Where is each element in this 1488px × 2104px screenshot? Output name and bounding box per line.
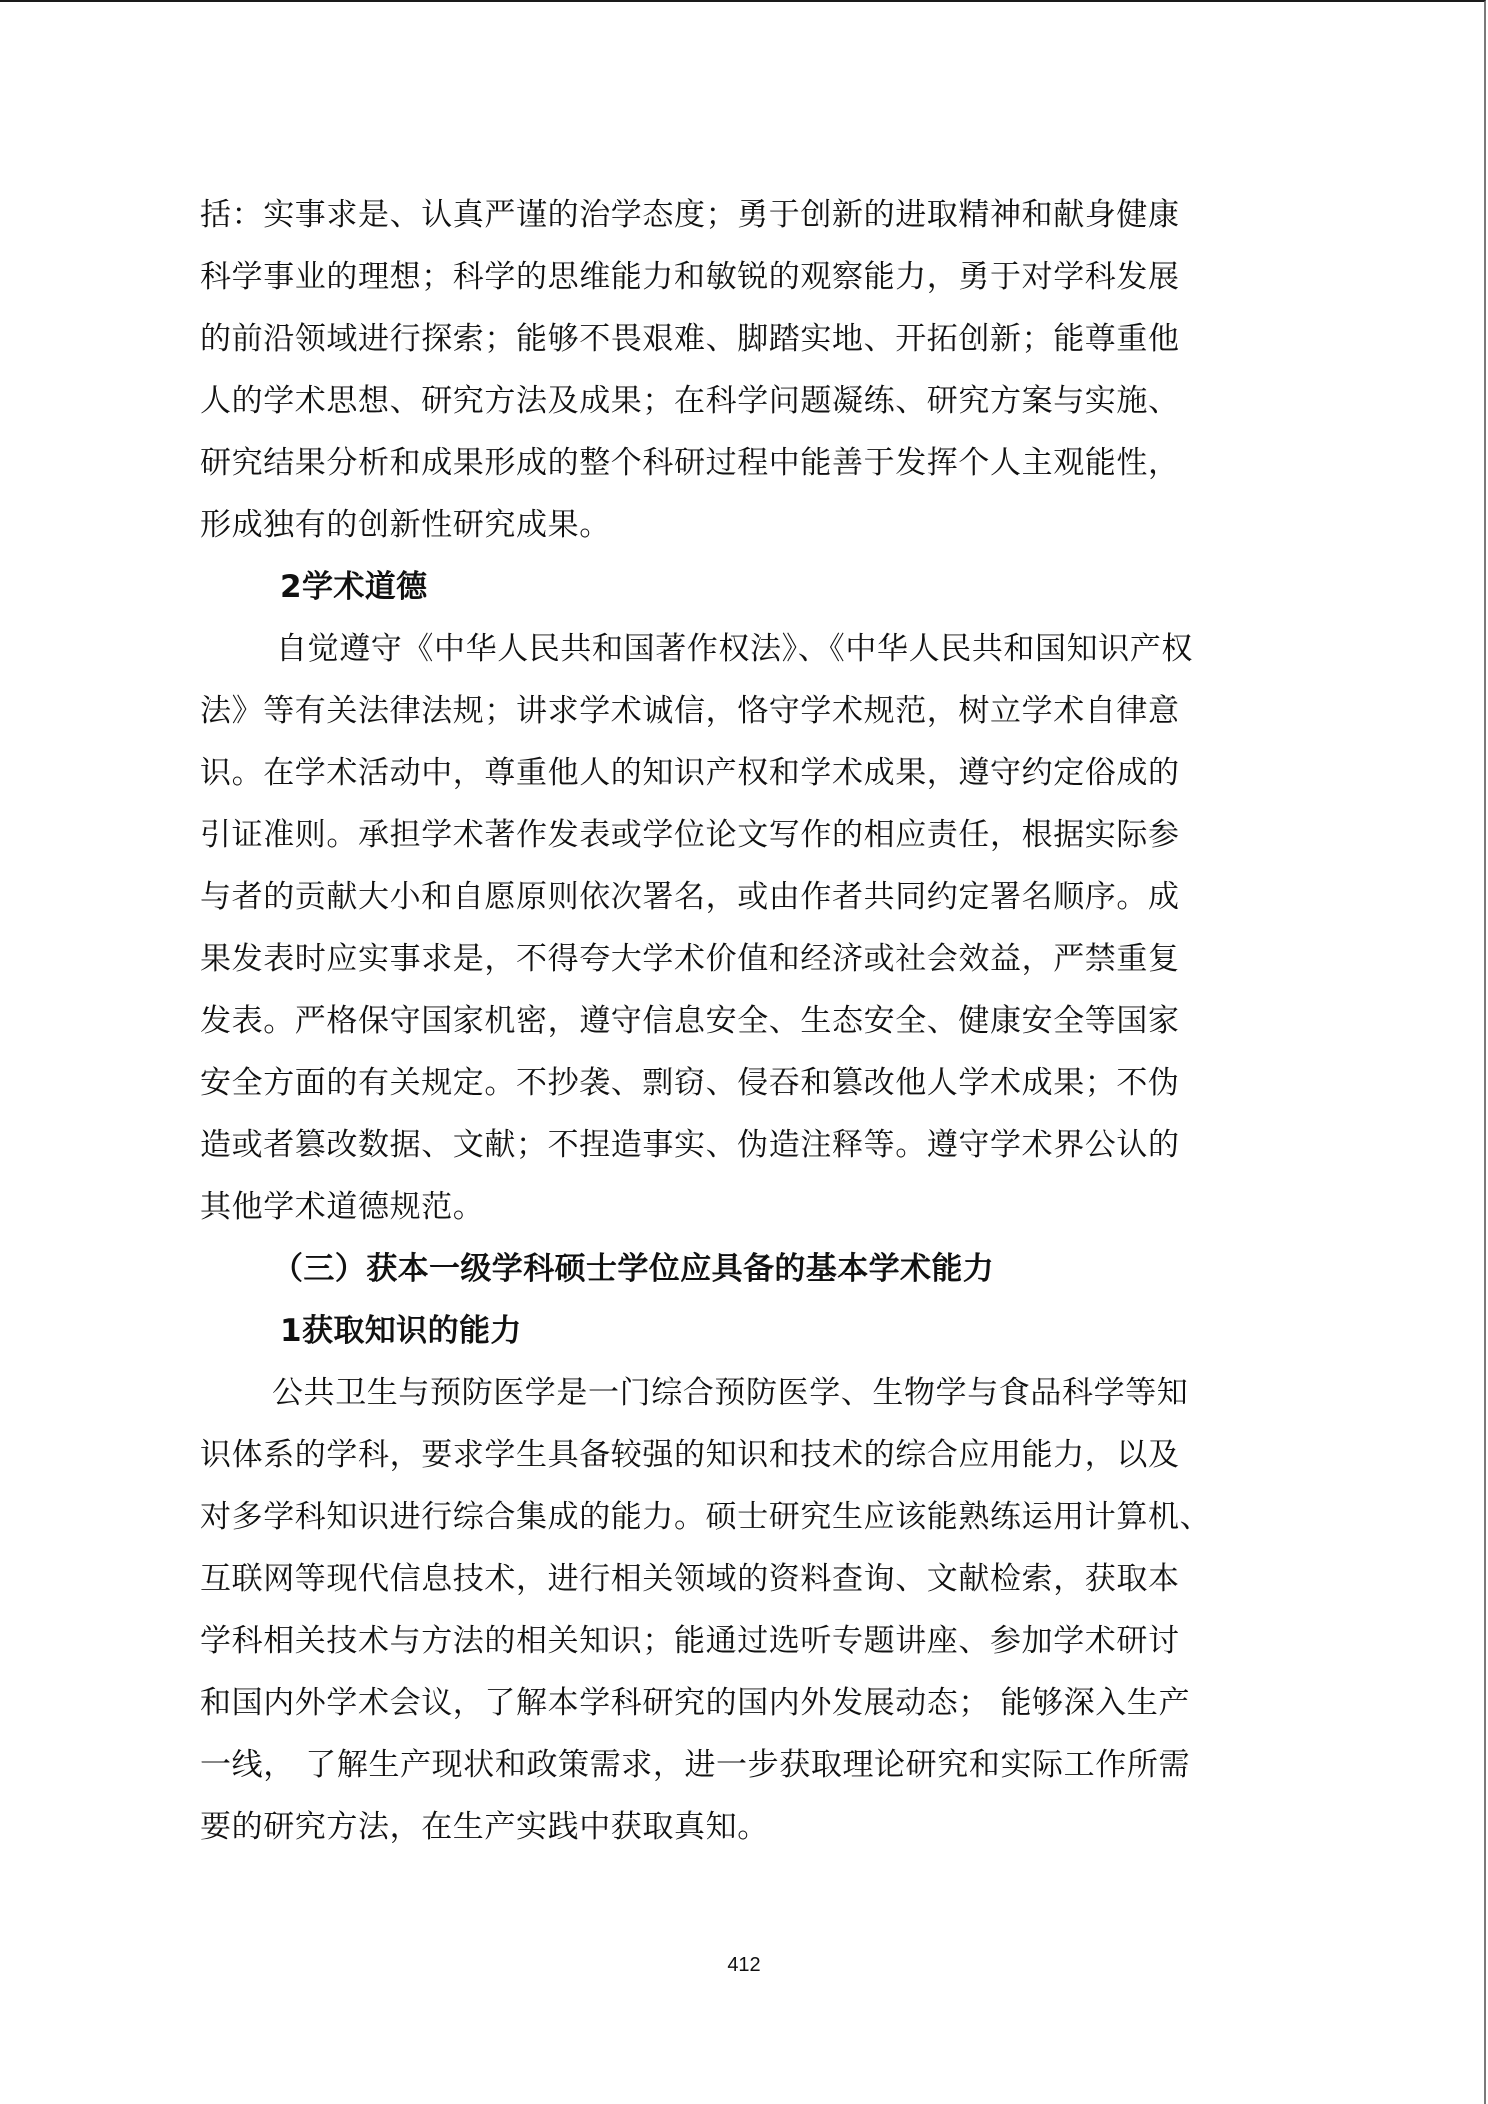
text-line: 果发表时应实事求是，不得夸大学术价值和经济或社会效益，严禁重复 — [200, 928, 1300, 990]
text-line: 安全方面的有关规定。不抄袭、剽窃、侵吞和篡改他人学术成果；不伪 — [200, 1052, 1300, 1114]
text-line: 对多学科知识进行综合集成的能力。硕士研究生应该能熟练运用计算机、 — [200, 1486, 1300, 1548]
page-number: 412 — [0, 1954, 1488, 1977]
text-line: 造或者篡改数据、文献；不捏造事实、伪造注释等。遵守学术界公认的 — [200, 1114, 1300, 1176]
text-line: 其他学术道德规范。 — [200, 1176, 1300, 1238]
text-line: 互联网等现代信息技术，进行相关领域的资料查询、文献检索，获取本 — [200, 1548, 1300, 1610]
text-line: 要的研究方法，在生产实践中获取真知。 — [200, 1796, 1300, 1858]
text-line: 识体系的学科，要求学生具备较强的知识和技术的综合应用能力，以及 — [200, 1424, 1300, 1486]
paragraph-academic-ethics: 自觉遵守《中华人民共和国著作权法》、《中华人民共和国知识产权 法》等有关法律法规… — [200, 618, 1300, 1238]
text-line: 人的学术思想、研究方法及成果；在科学问题凝练、研究方案与实施、 — [200, 370, 1300, 432]
text-line: 形成独有的创新性研究成果。 — [200, 494, 1300, 556]
text-line: 引证准则。承担学术著作发表或学位论文写作的相应责任，根据实际参 — [200, 804, 1300, 866]
text-line: 发表。严格保守国家机密，遵守信息安全、生态安全、健康安全等国家 — [200, 990, 1300, 1052]
text-line: 科学事业的理想；科学的思维能力和敏锐的观察能力，勇于对学科发展 — [200, 246, 1300, 308]
section-heading-academic-ethics: 2学术道德 — [200, 556, 1300, 618]
subsection-heading-knowledge-acquisition: 1获取知识的能力 — [200, 1300, 1300, 1362]
text-line: 学科相关技术与方法的相关知识；能通过选听专题讲座、参加学术研讨 — [200, 1610, 1300, 1672]
text-line: 与者的贡献大小和自愿原则依次署名，或由作者共同约定署名顺序。成 — [200, 866, 1300, 928]
text-line: 一线， 了解生产现状和政策需求，进一步获取理论研究和实际工作所需 — [200, 1734, 1300, 1796]
document-page: 括：实事求是、认真严谨的治学态度；勇于创新的进取精神和献身健康 科学事业的理想；… — [0, 0, 1486, 2104]
paragraph-knowledge-acquisition: 公共卫生与预防医学是一门综合预防医学、生物学与食品科学等知 识体系的学科，要求学… — [200, 1362, 1300, 1858]
section-heading-basic-academic-abilities: （三）获本一级学科硕士学位应具备的基本学术能力 — [200, 1238, 1300, 1300]
text-line: 研究结果分析和成果形成的整个科研过程中能善于发挥个人主观能性， — [200, 432, 1300, 494]
text-line: 公共卫生与预防医学是一门综合预防医学、生物学与食品科学等知 — [200, 1362, 1300, 1424]
document-body: 括：实事求是、认真严谨的治学态度；勇于创新的进取精神和献身健康 科学事业的理想；… — [200, 184, 1300, 1858]
text-line: 的前沿领域进行探索；能够不畏艰难、脚踏实地、开拓创新；能尊重他 — [200, 308, 1300, 370]
text-line: 自觉遵守《中华人民共和国著作权法》、《中华人民共和国知识产权 — [200, 618, 1300, 680]
text-line: 识。在学术活动中，尊重他人的知识产权和学术成果，遵守约定俗成的 — [200, 742, 1300, 804]
paragraph-academic-qualities: 括：实事求是、认真严谨的治学态度；勇于创新的进取精神和献身健康 科学事业的理想；… — [200, 184, 1300, 556]
text-line: 法》等有关法律法规；讲求学术诚信，恪守学术规范，树立学术自律意 — [200, 680, 1300, 742]
text-line: 和国内外学术会议，了解本学科研究的国内外发展动态； 能够深入生产 — [200, 1672, 1300, 1734]
text-line: 括：实事求是、认真严谨的治学态度；勇于创新的进取精神和献身健康 — [200, 184, 1300, 246]
